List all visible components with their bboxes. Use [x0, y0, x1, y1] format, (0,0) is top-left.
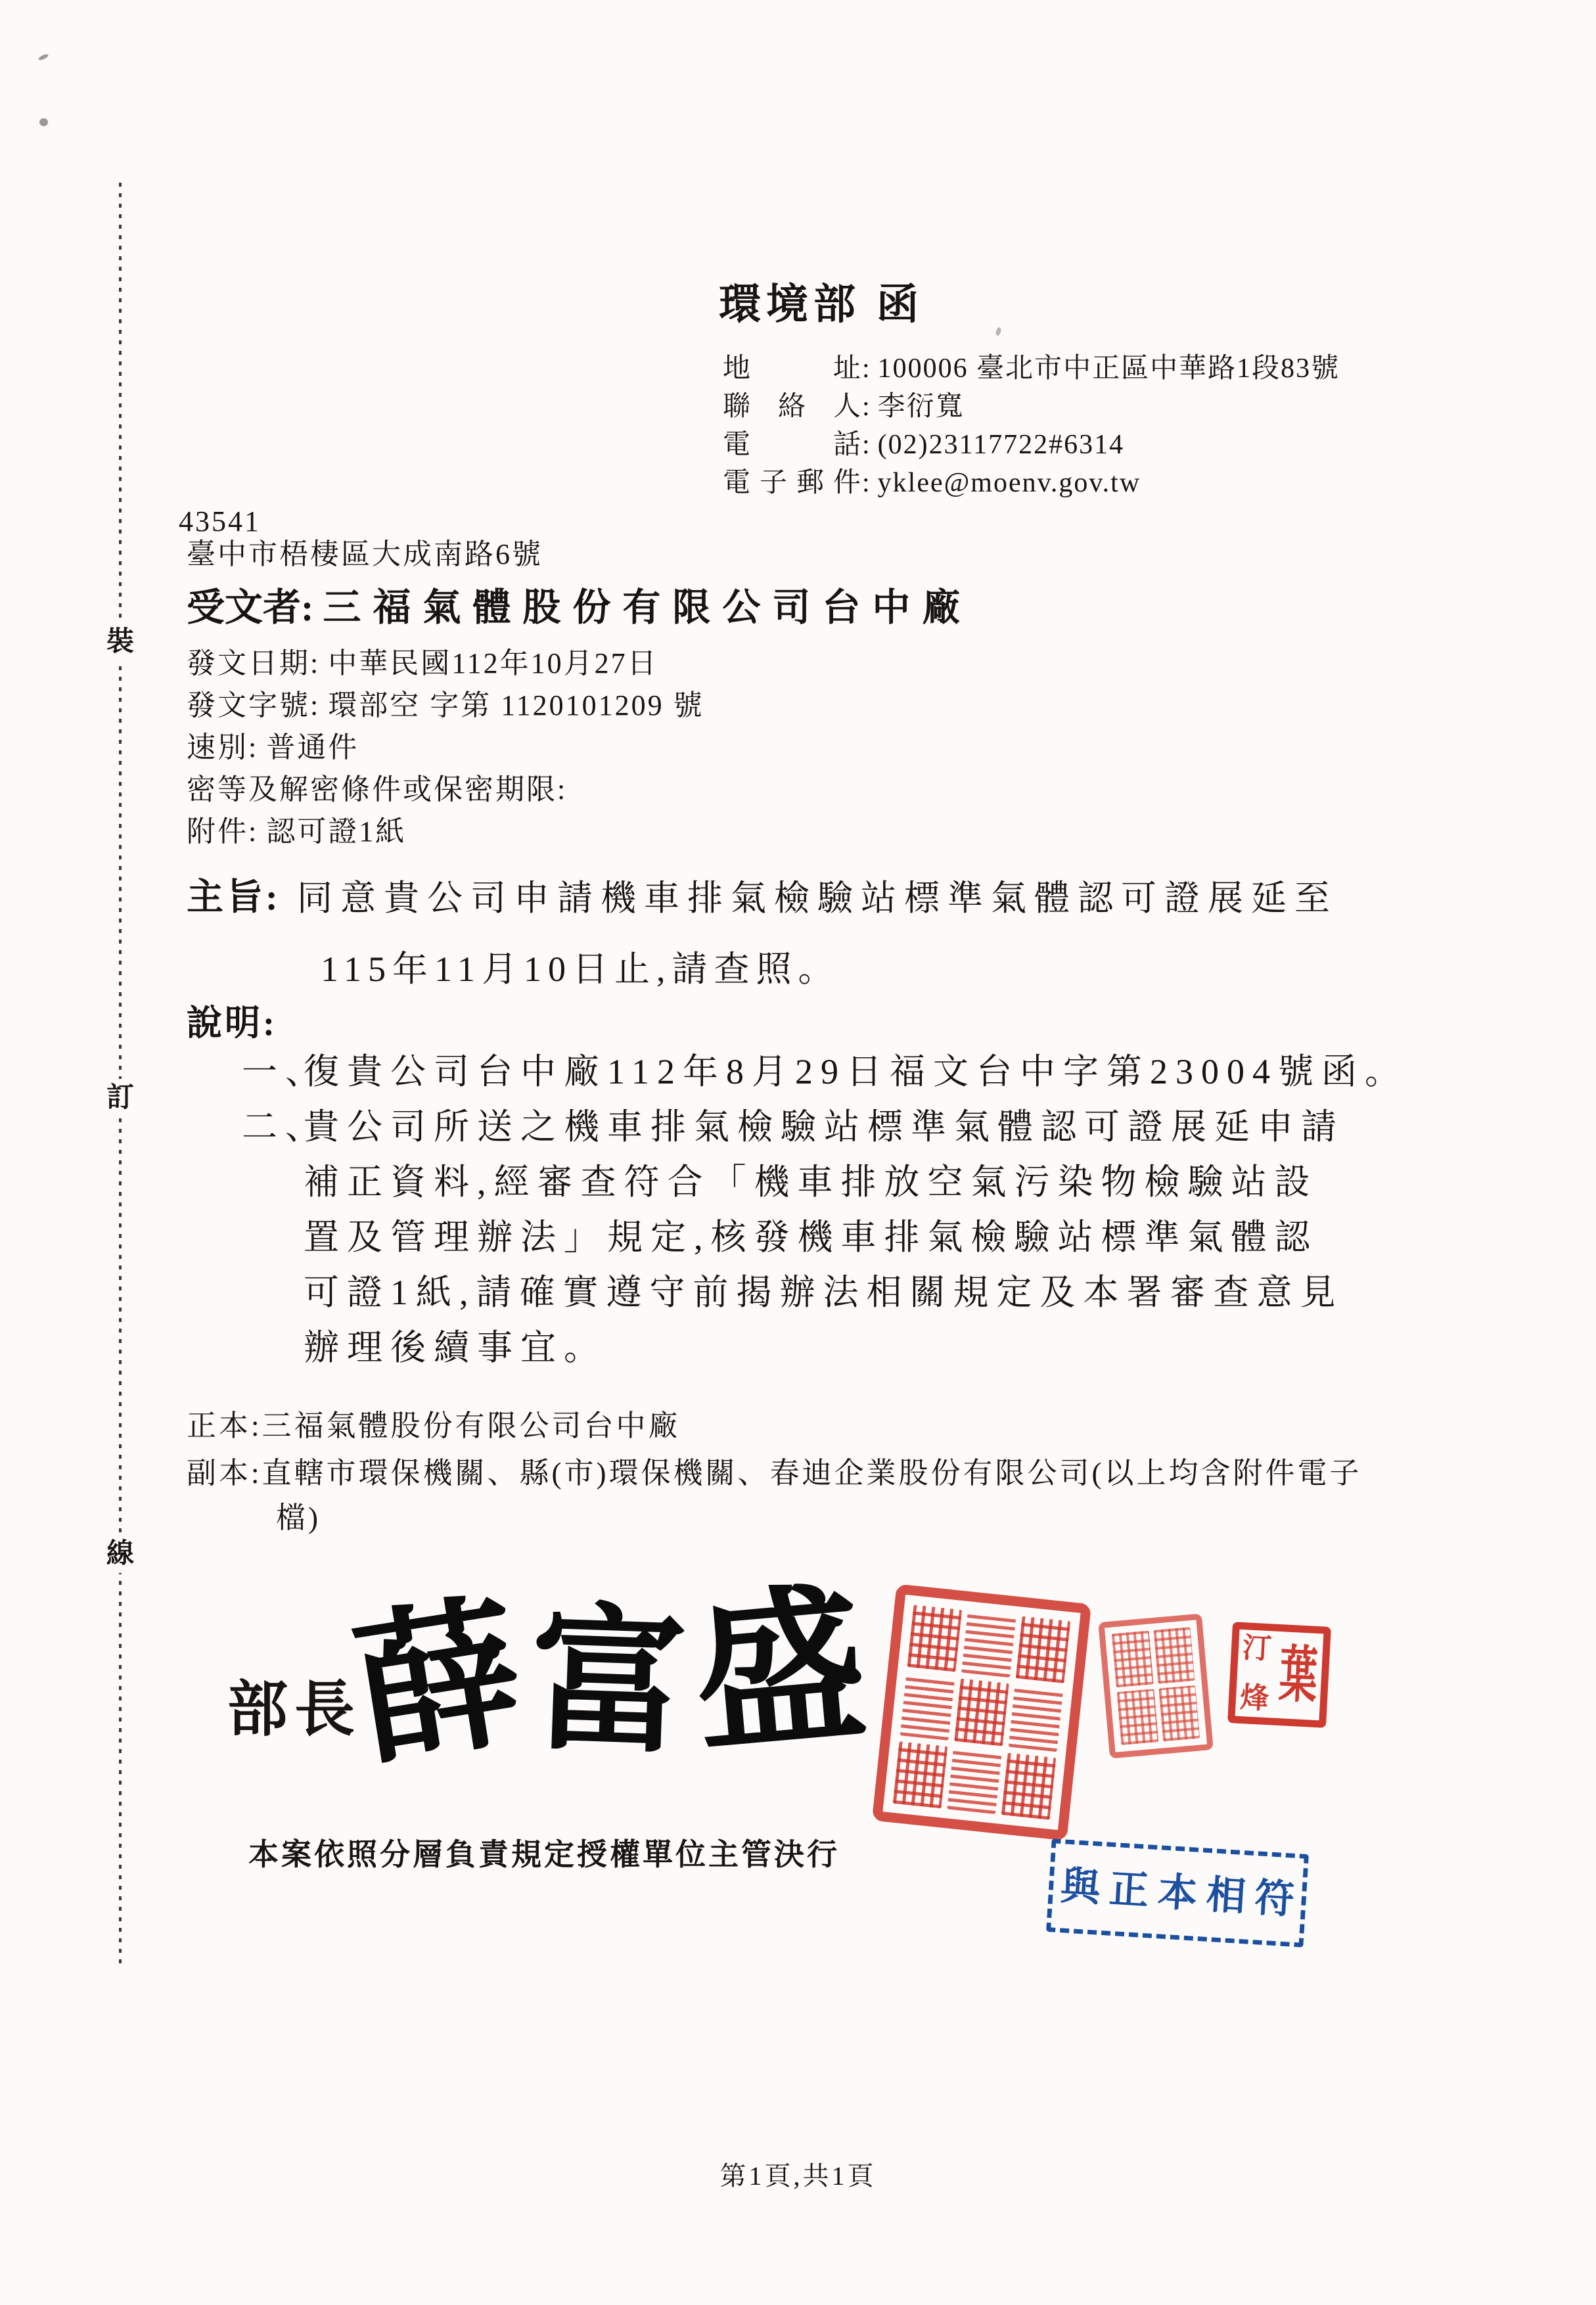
cc-copy-value-line-2: 檔) — [276, 1503, 321, 1533]
seal-script-pattern — [1153, 1627, 1195, 1683]
classification-label: 密等及解密條件或保密期限: — [187, 773, 567, 806]
scan-speck — [37, 53, 49, 61]
delegation-note: 本案依照分層負責規定授權單位主管決行 — [248, 1840, 840, 1870]
colon: : — [862, 393, 871, 421]
subject-line-1: 同意貴公司申請機車排氣檢驗站標準氣體認可證展延至 — [297, 880, 1338, 916]
subject-line-2: 115年11月10日止,請查照。 — [321, 951, 840, 987]
attachment-value: 認可證1紙 — [266, 815, 406, 848]
classification-row: 密等及解密條件或保密期限: — [187, 775, 575, 804]
reference-number-value: 環部空 字第 1120101209 號 — [328, 689, 704, 721]
binding-dotted-line — [119, 183, 122, 1967]
binding-char-xian: 線 — [103, 1535, 138, 1573]
official-seal-medium — [1098, 1614, 1214, 1759]
seal-script-pattern — [1112, 1631, 1153, 1687]
attachment-label: 附件: — [187, 815, 258, 848]
cc-copy-row: 副本:直轄市環保機關、縣(市)環保機關、春迪企業股份有限公司(以上均含附件電子 — [187, 1459, 1361, 1488]
priority-row: 速別:普通件 — [187, 733, 359, 762]
colon: : — [862, 469, 871, 497]
seal-script-pattern — [954, 1679, 1009, 1746]
description-item-2-line-4: 可證1紙,請確實遵守前揭辦法相關規定及本署審查意見 — [304, 1275, 1344, 1310]
seal-script-pattern — [1016, 1616, 1071, 1684]
seal-script-pattern — [1158, 1685, 1200, 1741]
seal-script-pattern — [900, 1673, 955, 1741]
contact-person-row: 聯絡人:李衍寬 — [723, 393, 965, 421]
page-number-footer: 第1頁,共1頁 — [0, 2163, 1596, 2189]
original-copy-value: 三福氣體股份有限公司台中廠 — [262, 1409, 681, 1442]
binding-char-zhuang: 裝 — [103, 623, 138, 661]
seal-script-pattern — [893, 1741, 948, 1809]
seal-script-pattern — [1001, 1752, 1057, 1820]
seal-script-pattern — [1117, 1689, 1158, 1745]
attachment-row: 附件:認可證1紙 — [187, 817, 406, 846]
document-title: 環境部 函 — [719, 284, 924, 326]
scan-speck — [995, 327, 1001, 336]
personal-seal-right-column: 葉 — [1276, 1612, 1321, 1740]
description-label: 說明: — [187, 1005, 277, 1041]
seal-script-pattern — [947, 1746, 1002, 1814]
official-seal-large — [872, 1584, 1091, 1840]
colon: : — [862, 431, 871, 459]
reference-number-row: 發文字號:環部空 字第 1120101209 號 — [187, 691, 704, 720]
email-row: 電子郵件:yklee@moenv.gov.tw — [723, 469, 1141, 497]
colon: : — [862, 355, 871, 382]
description-item-1-text: 復貴公司台中廠112年8月29日福文台中字第23004號函。 — [304, 1054, 1408, 1089]
personal-name-seal: 汀 烽 葉 — [1227, 1622, 1331, 1728]
priority-label: 速別: — [187, 731, 258, 764]
recipient-name: 三福氣體股份有限公司台中廠 — [323, 586, 972, 629]
phone-number: (02)23117722#6314 — [878, 431, 1124, 459]
recipient-address: 臺中市梧棲區大成南路6號 — [187, 540, 543, 569]
issue-date-label: 發文日期: — [187, 647, 320, 679]
certified-true-copy-stamp: 與正本相符 — [1046, 1838, 1309, 1948]
contact-person: 李衍寬 — [878, 393, 965, 421]
signature-char-2: 富 — [527, 1603, 689, 1778]
agency-address: 100006 臺北市中正區中華路1段83號 — [878, 355, 1340, 382]
subject-label: 主旨: — [187, 879, 281, 916]
email-address: yklee@moenv.gov.tw — [878, 469, 1141, 497]
issue-date-value: 中華民國112年10月27日 — [328, 647, 658, 679]
reference-number-label: 發文字號: — [187, 689, 320, 721]
seal-script-pattern — [907, 1605, 963, 1672]
cc-copy-label: 副本: — [187, 1457, 262, 1490]
phone-label: 電話 — [723, 431, 862, 459]
address-label: 地址 — [723, 355, 862, 382]
recipient-label: 受文者: — [187, 586, 313, 629]
binding-char-ding: 訂 — [103, 1079, 138, 1117]
recipient-row: 受文者:三福氣體股份有限公司台中廠 — [187, 589, 972, 627]
description-item-2-line-1: 貴公司所送之機車排氣檢驗站標準氣體認可證展延申請 — [304, 1109, 1344, 1145]
contact-label: 聯絡人 — [723, 393, 862, 421]
original-copy-row: 正本:三福氣體股份有限公司台中廠 — [187, 1411, 681, 1441]
certified-true-copy-text: 與正本相符 — [1051, 1865, 1305, 1920]
original-copy-label: 正本: — [187, 1409, 262, 1442]
seal-script-pattern — [1009, 1684, 1064, 1752]
phone-row: 電話:(02)23117722#6314 — [723, 431, 1124, 459]
personal-seal-left-column: 汀 烽 — [1239, 1633, 1272, 1714]
email-label: 電子郵件 — [723, 469, 862, 497]
scanned-official-letter: 裝 訂 線 環境部 函 地址:100006 臺北市中正區中華路1段83號 聯絡人… — [0, 0, 1596, 2305]
description-item-2-line-2: 補正資料,經審查符合「機車排放空氣污染物檢驗站設 — [304, 1164, 1318, 1200]
minister-signature: 薛 富 盛 — [355, 1588, 869, 1775]
cc-copy-value-line-1: 直轄市環保機關、縣(市)環保機關、春迪企業股份有限公司(以上均含附件電子 — [262, 1457, 1362, 1490]
description-item-2-line-3: 置及管理辦法」規定,核發機車排氣檢驗站標準氣體認 — [304, 1220, 1318, 1255]
signature-char-3: 盛 — [689, 1580, 873, 1764]
scan-speck — [39, 118, 48, 126]
agency-address-row: 地址:100006 臺北市中正區中華路1段83號 — [723, 355, 1340, 382]
issue-date-row: 發文日期:中華民國112年10月27日 — [187, 649, 658, 678]
minister-title: 部長 — [227, 1679, 361, 1740]
signature-char-1: 薛 — [346, 1591, 534, 1784]
seal-script-pattern — [961, 1610, 1016, 1678]
description-item-2-line-5: 辦理後續事宜。 — [304, 1330, 607, 1365]
recipient-postal-code: 43541 — [179, 507, 261, 536]
priority-value: 普通件 — [266, 731, 359, 764]
